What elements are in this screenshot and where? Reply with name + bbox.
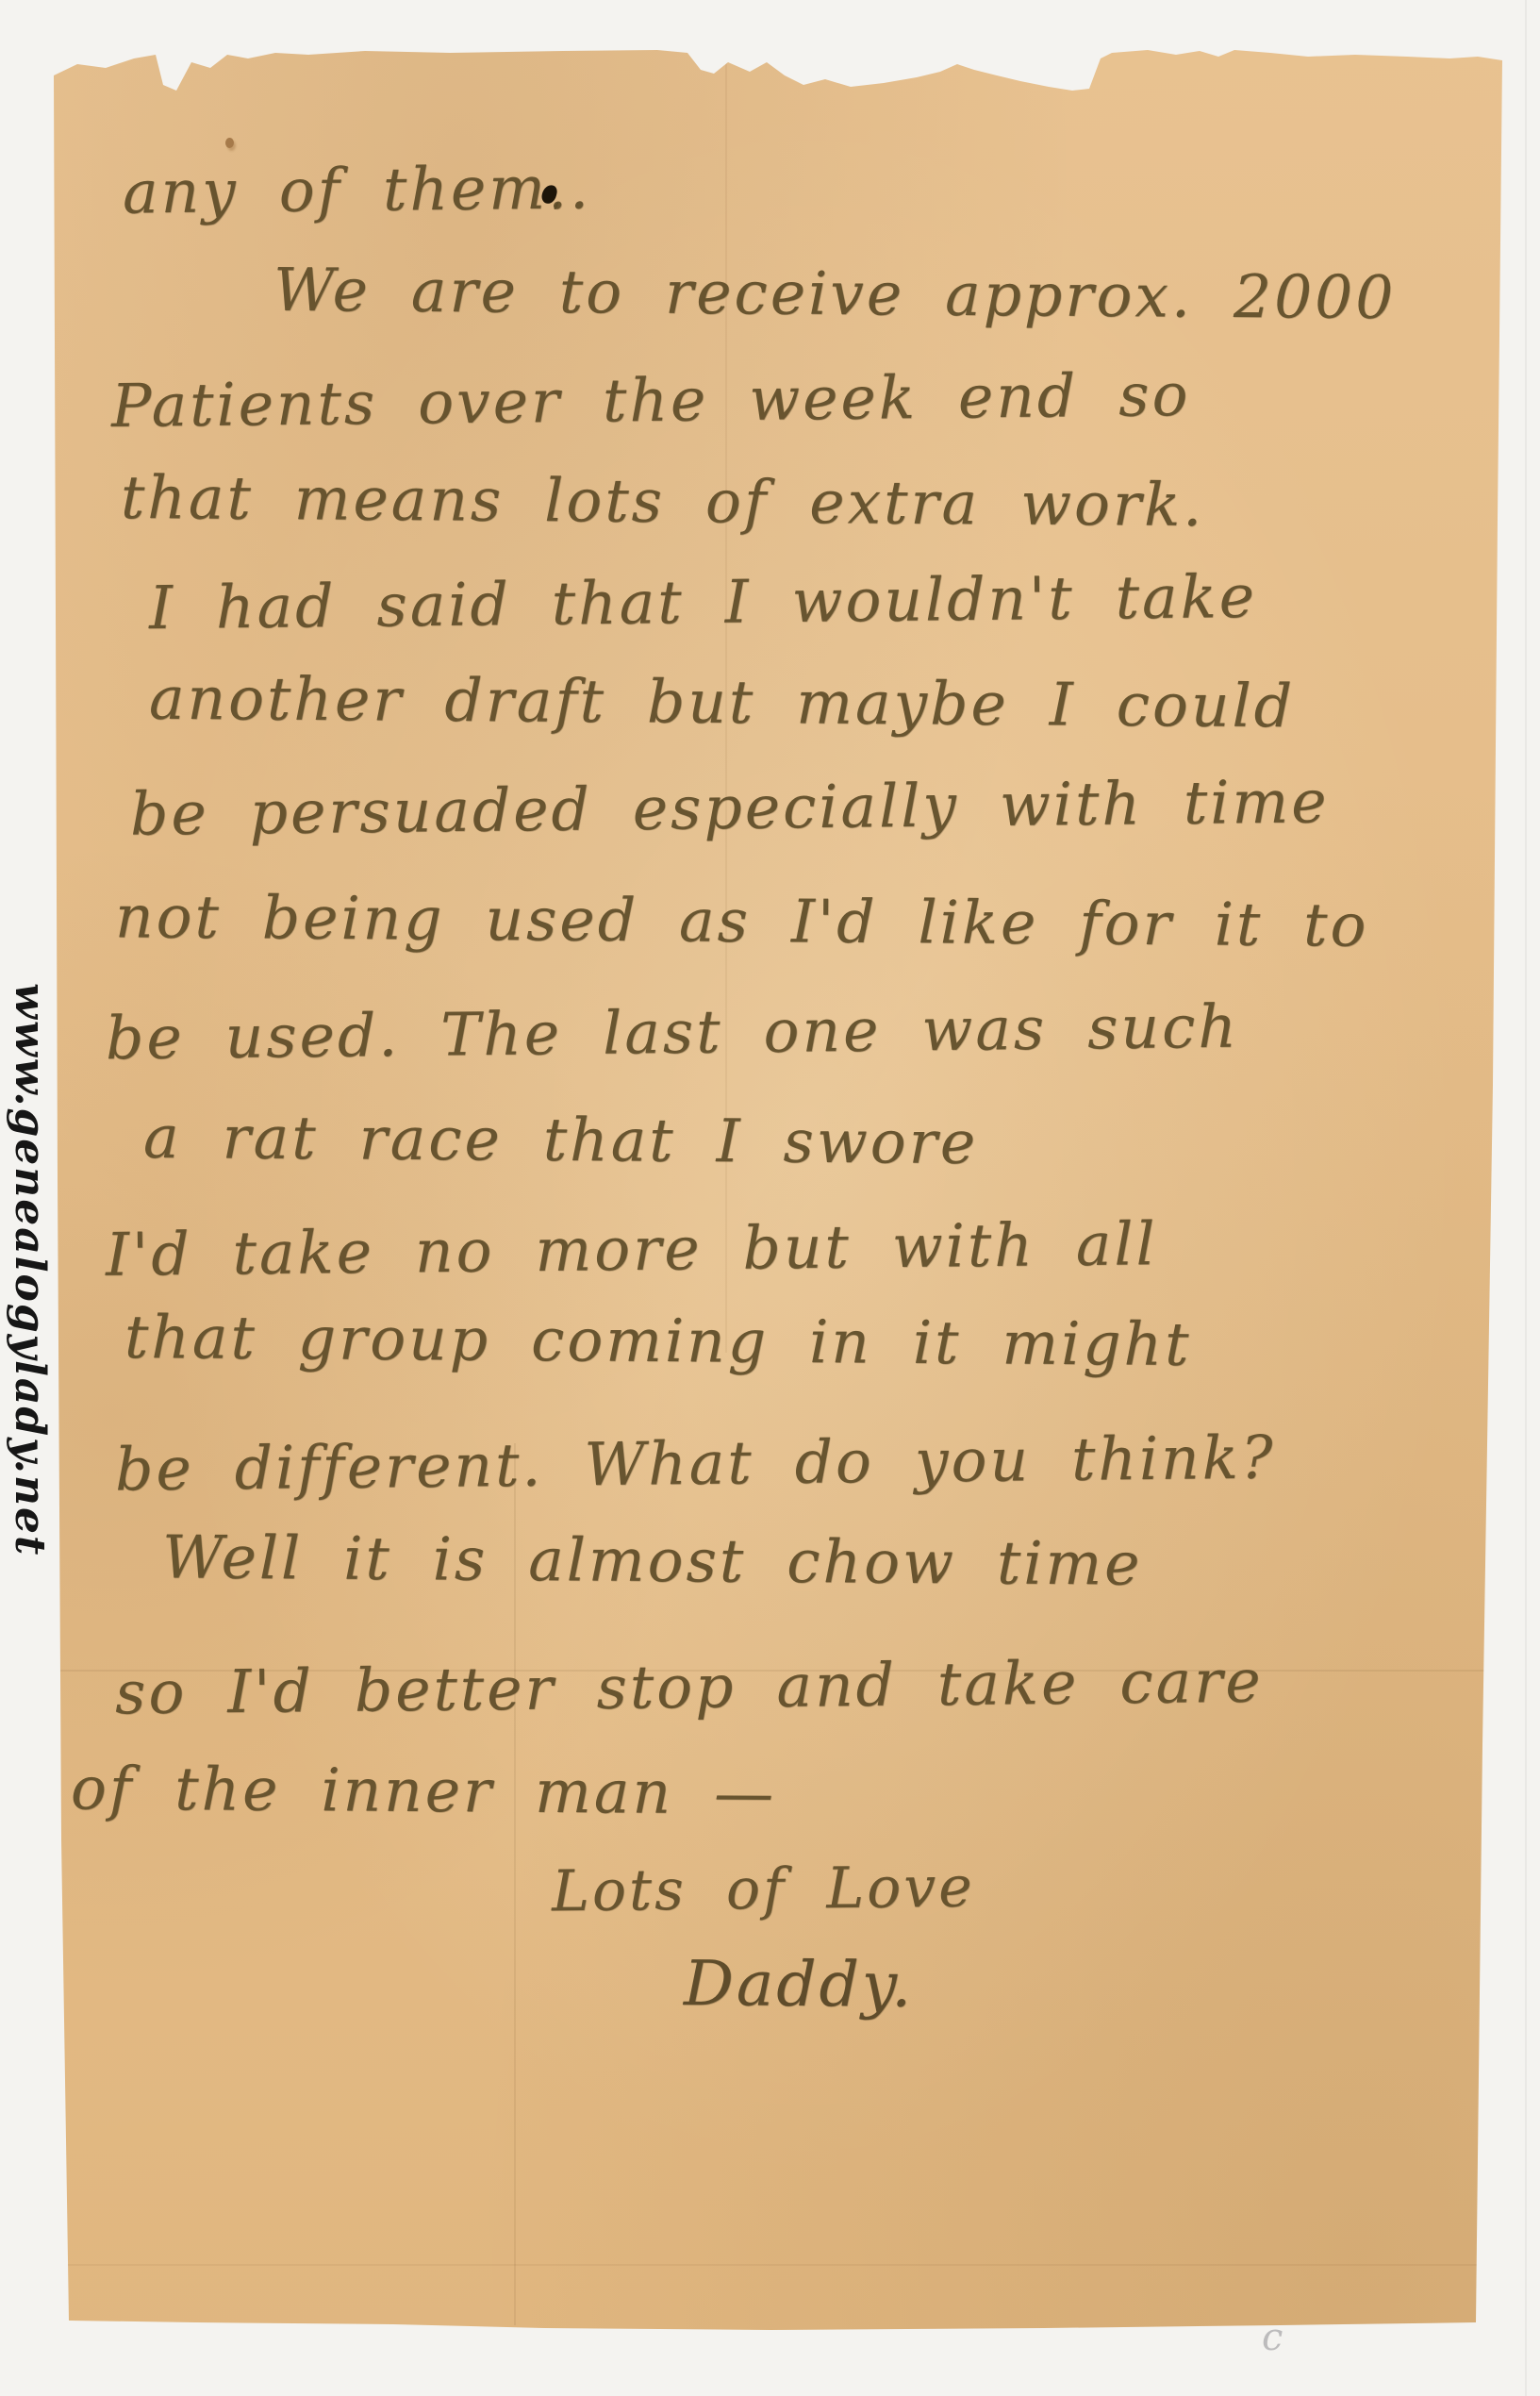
paper-stain — [225, 138, 234, 148]
handwritten-line: another draft but maybe I could — [149, 664, 1295, 740]
letter-closing: Lots of Love — [552, 1855, 975, 1925]
handwritten-line: Patients over the week end so — [111, 360, 1191, 441]
handwritten-line: be different. What do you think? — [115, 1423, 1276, 1505]
handwritten-line: that means lots of extra work. — [121, 463, 1205, 540]
handwritten-line: I'd take no more but with all — [106, 1209, 1158, 1290]
handwritten-line: I had said that I wouldn't take — [149, 562, 1258, 642]
handwritten-line: that group coming in it might — [124, 1303, 1192, 1379]
handwritten-line: so I'd better stop and take care — [115, 1647, 1264, 1728]
handwritten-line: a rat race that I swore — [143, 1103, 979, 1177]
handwritten-line: be used. The last one was such — [106, 992, 1240, 1073]
letter-paper: any of them.. We are to receive approx. … — [54, 47, 1502, 2330]
handwritten-line: be persuaded especially with time — [130, 767, 1330, 848]
handwritten-line: of the inner man — — [71, 1754, 777, 1827]
letter-signature: Daddy. — [684, 1947, 915, 2022]
handwritten-line: Well it is almost chow time — [162, 1522, 1143, 1598]
handwritten-line: any of them.. — [123, 153, 592, 226]
horizontal-fold-crease — [54, 2264, 1502, 2266]
website-watermark: www.genealogylady.net — [6, 983, 54, 1556]
scanner-edge-line — [1525, 0, 1527, 2396]
handwritten-line: not being used as I'd like for it to — [115, 882, 1369, 959]
scanned-letter-page: any of them.. We are to receive approx. … — [0, 0, 1540, 2396]
handwritten-line: We are to receive approx. 2000 — [273, 256, 1397, 332]
stray-pen-mark: c — [1262, 2316, 1283, 2359]
